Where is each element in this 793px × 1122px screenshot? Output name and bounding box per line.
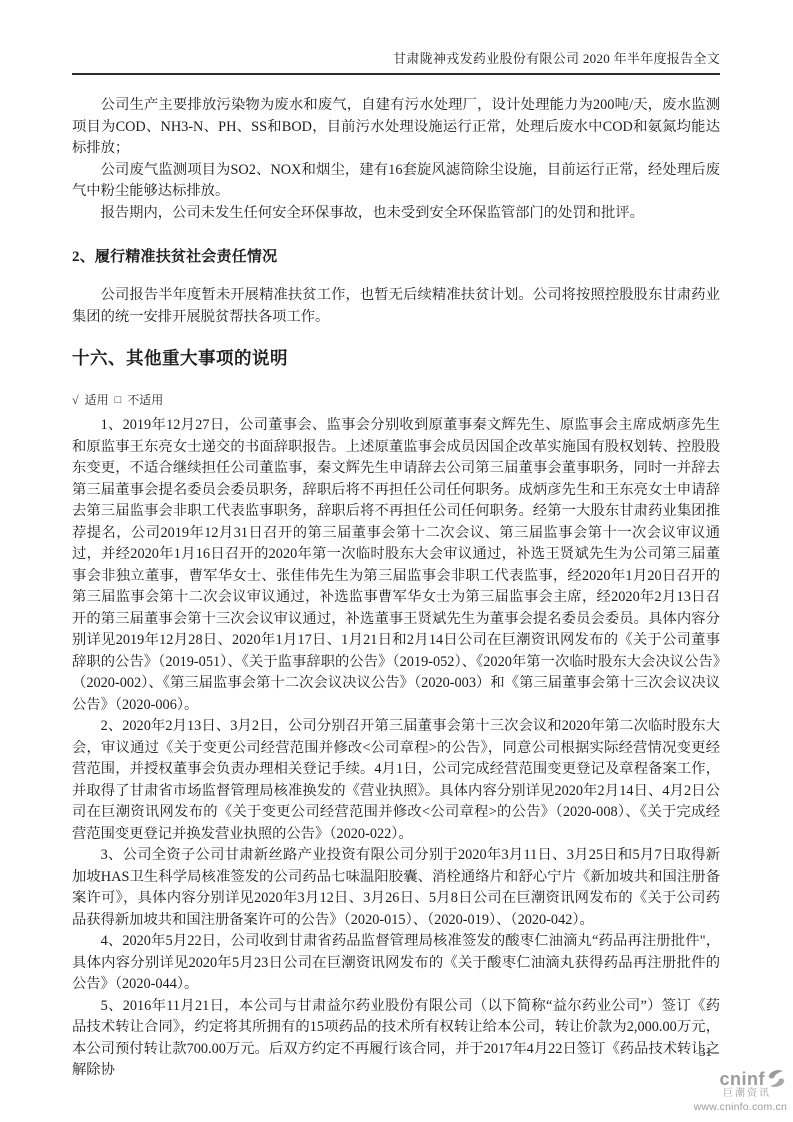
header-title: 甘肃陇神戎发药业股份有限公司 2020 年半年度报告全文 xyxy=(393,51,720,66)
item-paragraph-5: 5、2016年11月21日，本公司与甘肃益尔药业股份有限公司（以下简称“益尔药业… xyxy=(72,996,720,1082)
check-icon: √ xyxy=(72,393,79,407)
item-paragraph-2: 2、2020年2月13日、3月2日，公司分别召开第三届董事会第十三次会议和202… xyxy=(72,716,720,845)
poverty-paragraph: 公司报告半年度暂未开展精准扶贫工作，也暂无后续精准扶贫计划。公司将按照控股股东甘… xyxy=(72,285,720,328)
page-header: 甘肃陇神戎发药业股份有限公司 2020 年半年度报告全文 xyxy=(72,48,720,75)
checkbox-empty-icon: □ xyxy=(115,394,122,406)
page-content: 甘肃陇神戎发药业股份有限公司 2020 年半年度报告全文 公司生产主要排放污染物… xyxy=(72,48,720,1082)
not-applicable-label: 不适用 xyxy=(127,393,163,407)
cninfo-logo: cninf 巨潮资讯 www.cninfo.com.cn xyxy=(667,1068,787,1114)
section-heading-poverty-alleviation: 2、履行精准扶贫社会责任情况 xyxy=(72,245,720,266)
cninfo-swirl-icon xyxy=(766,1068,787,1089)
item-paragraph-3: 3、公司全资子公司甘肃新丝路产业投资有限公司分别于2020年3月11日、3月25… xyxy=(72,845,720,931)
cninfo-chinese-name: 巨潮资讯 xyxy=(667,1088,787,1100)
cninfo-wordmark-row: cninf xyxy=(667,1068,787,1089)
applicable-line: √适用□不适用 xyxy=(72,391,720,408)
cninfo-url: www.cninfo.com.cn xyxy=(667,1101,787,1114)
page-number: 31 xyxy=(699,1044,712,1060)
item-paragraph-4: 4、2020年5月22日，公司收到甘肃省药品监督管理局核准签发的酸枣仁油滴丸“药… xyxy=(72,931,720,996)
env-paragraph-wastewater: 公司生产主要排放污染物为废水和废气，自建有污水处理厂，设计处理能力为200吨/天… xyxy=(72,95,720,160)
document-page: 甘肃陇神戎发药业股份有限公司 2020 年半年度报告全文 公司生产主要排放污染物… xyxy=(0,0,793,1122)
section-heading-other-major-matters: 十六、其他重大事项的说明 xyxy=(72,345,720,370)
env-paragraph-exhaust: 公司废气监测项目为SO2、NOX和烟尘，建有16套旋风滤筒除尘设施，目前运行正常… xyxy=(72,160,720,203)
env-paragraph-safety: 报告期内，公司未发生任何安全环保事故，也未受到安全环保监管部门的处罚和批评。 xyxy=(72,203,720,225)
cninfo-wordmark: cninf xyxy=(720,1070,766,1088)
applicable-label: 适用 xyxy=(85,393,109,407)
item-paragraph-1: 1、2019年12月27日，公司董事会、监事会分别收到原董事秦文辉先生、原监事会… xyxy=(72,415,720,716)
